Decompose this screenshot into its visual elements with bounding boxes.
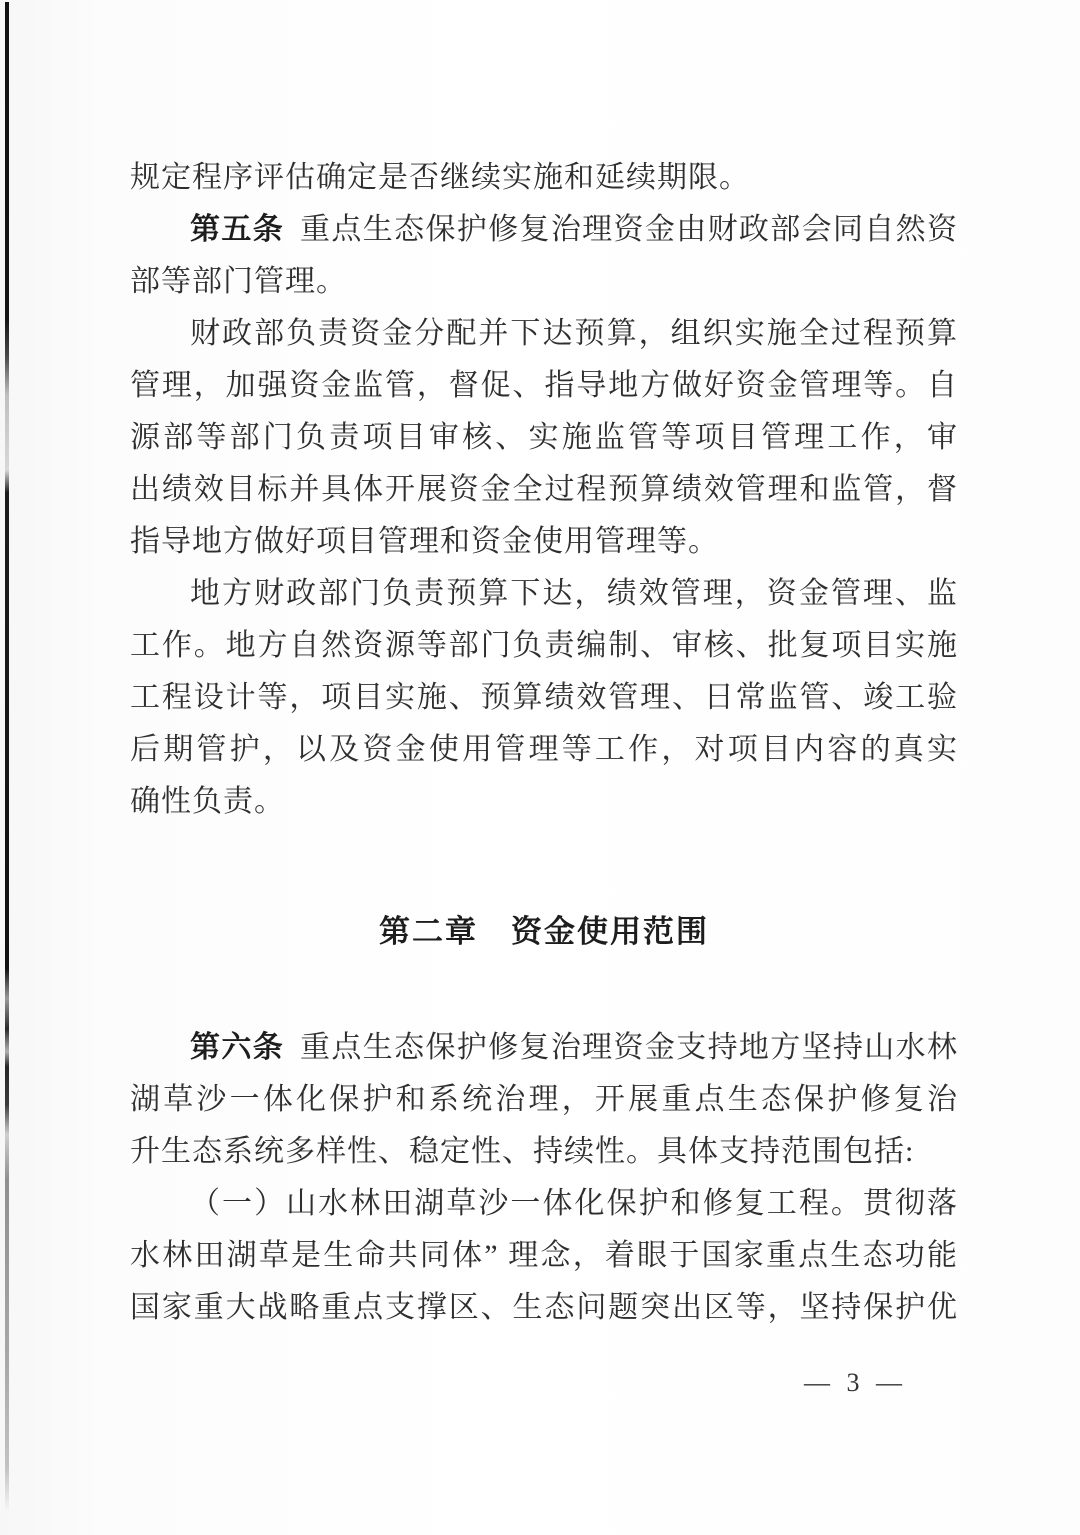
line-text: （一）山水林田湖草沙一体化保护和修复工程。贯彻落实“山 (190, 1187, 958, 1230)
text-line: （一）山水林田湖草沙一体化保护和修复工程。贯彻落实“山 (130, 1178, 958, 1230)
article-number: 第六条 (190, 1031, 284, 1064)
line-text: 管理，加强资金监管，督促、指导地方做好资金管理等。自然资 (130, 369, 958, 412)
text-line: 财政部负责资金分配并下达预算，组织实施全过程预算绩效 (130, 308, 958, 360)
page-number: — 3 — (804, 1368, 907, 1398)
text-line: 湖草沙一体化保护和系统治理，开展重点生态保护修复治理，提 (130, 1074, 958, 1126)
line-text: 确性负责。 (130, 785, 285, 818)
text-line: 工作。地方自然资源等部门负责编制、审核、批复项目实施方案、 (130, 620, 958, 672)
chapter-heading: 第二章 资金使用范围 (130, 906, 958, 958)
text-line: 地方财政部门负责预算下达，绩效管理，资金管理、监督等 (130, 568, 958, 620)
line-text: 重点生态保护修复治理资金支持地方坚持山水林田 (190, 1031, 958, 1074)
text-line: 水林田湖草是生命共同体” 理念，着眼于国家重点生态功能区、 (130, 1230, 958, 1282)
text-line: 规定程序评估确定是否继续实施和延续期限。 (130, 152, 958, 204)
line-text: 升生态系统多样性、稳定性、持续性。具体支持范围包括: (130, 1135, 914, 1168)
line-text: 工作。地方自然资源等部门负责编制、审核、批复项目实施方案、 (130, 629, 958, 672)
text-line: 管理，加强资金监管，督促、指导地方做好资金管理等。自然资 (130, 360, 958, 412)
text-line: 国家重大战略重点支撑区、生态问题突出区等，坚持保护优先、 (130, 1282, 958, 1334)
text-line: 第五条重点生态保护修复治理资金由财政部会同自然资源 (130, 204, 958, 256)
line-text: 后期管护，以及资金使用管理等工作，对项目内容的真实性、准 (130, 733, 958, 776)
line-text: 地方财政部门负责预算下达，绩效管理，资金管理、监督等 (190, 577, 958, 620)
line-text: 源部等部门负责项目审核、实施监管等项目管理工作，审核、提 (130, 421, 958, 464)
document-page: 规定程序评估确定是否继续实施和延续期限。第五条重点生态保护修复治理资金由财政部会… (0, 0, 1080, 1535)
line-text: 部等部门管理。 (130, 265, 347, 298)
scan-edge-artifact (5, 2, 9, 1512)
line-text: 规定程序评估确定是否继续实施和延续期限。 (130, 161, 750, 194)
text-line: 出绩效目标并具体开展资金全过程预算绩效管理和监管，督促、 (130, 464, 958, 516)
line-text: 财政部负责资金分配并下达预算，组织实施全过程预算绩效 (190, 317, 958, 360)
line-text: 国家重大战略重点支撑区、生态问题突出区等，坚持保护优先、 (130, 1291, 958, 1334)
document-body: 规定程序评估确定是否继续实施和延续期限。第五条重点生态保护修复治理资金由财政部会… (130, 152, 958, 1334)
line-text: 湖草沙一体化保护和系统治理，开展重点生态保护修复治理，提 (130, 1083, 958, 1126)
text-line: 升生态系统多样性、稳定性、持续性。具体支持范围包括: (130, 1126, 958, 1178)
text-line: 确性负责。 (130, 776, 958, 828)
text-line: 源部等部门负责项目审核、实施监管等项目管理工作，审核、提 (130, 412, 958, 464)
line-text: 出绩效目标并具体开展资金全过程预算绩效管理和监管，督促、 (130, 473, 958, 516)
text-line: 后期管护，以及资金使用管理等工作，对项目内容的真实性、准 (130, 724, 958, 776)
text-line: 部等部门管理。 (130, 256, 958, 308)
text-line: 工程设计等，项目实施、预算绩效管理、日常监管、竣工验收、 (130, 672, 958, 724)
line-text: 指导地方做好项目管理和资金使用管理等。 (130, 525, 719, 558)
text-line: 指导地方做好项目管理和资金使用管理等。 (130, 516, 958, 568)
line-text: 工程设计等，项目实施、预算绩效管理、日常监管、竣工验收、 (130, 681, 958, 724)
line-text: 重点生态保护修复治理资金由财政部会同自然资源 (190, 213, 958, 256)
line-text: 水林田湖草是生命共同体” 理念，着眼于国家重点生态功能区、 (130, 1239, 958, 1282)
text-line: 第六条重点生态保护修复治理资金支持地方坚持山水林田 (130, 1022, 958, 1074)
article-number: 第五条 (190, 213, 284, 246)
